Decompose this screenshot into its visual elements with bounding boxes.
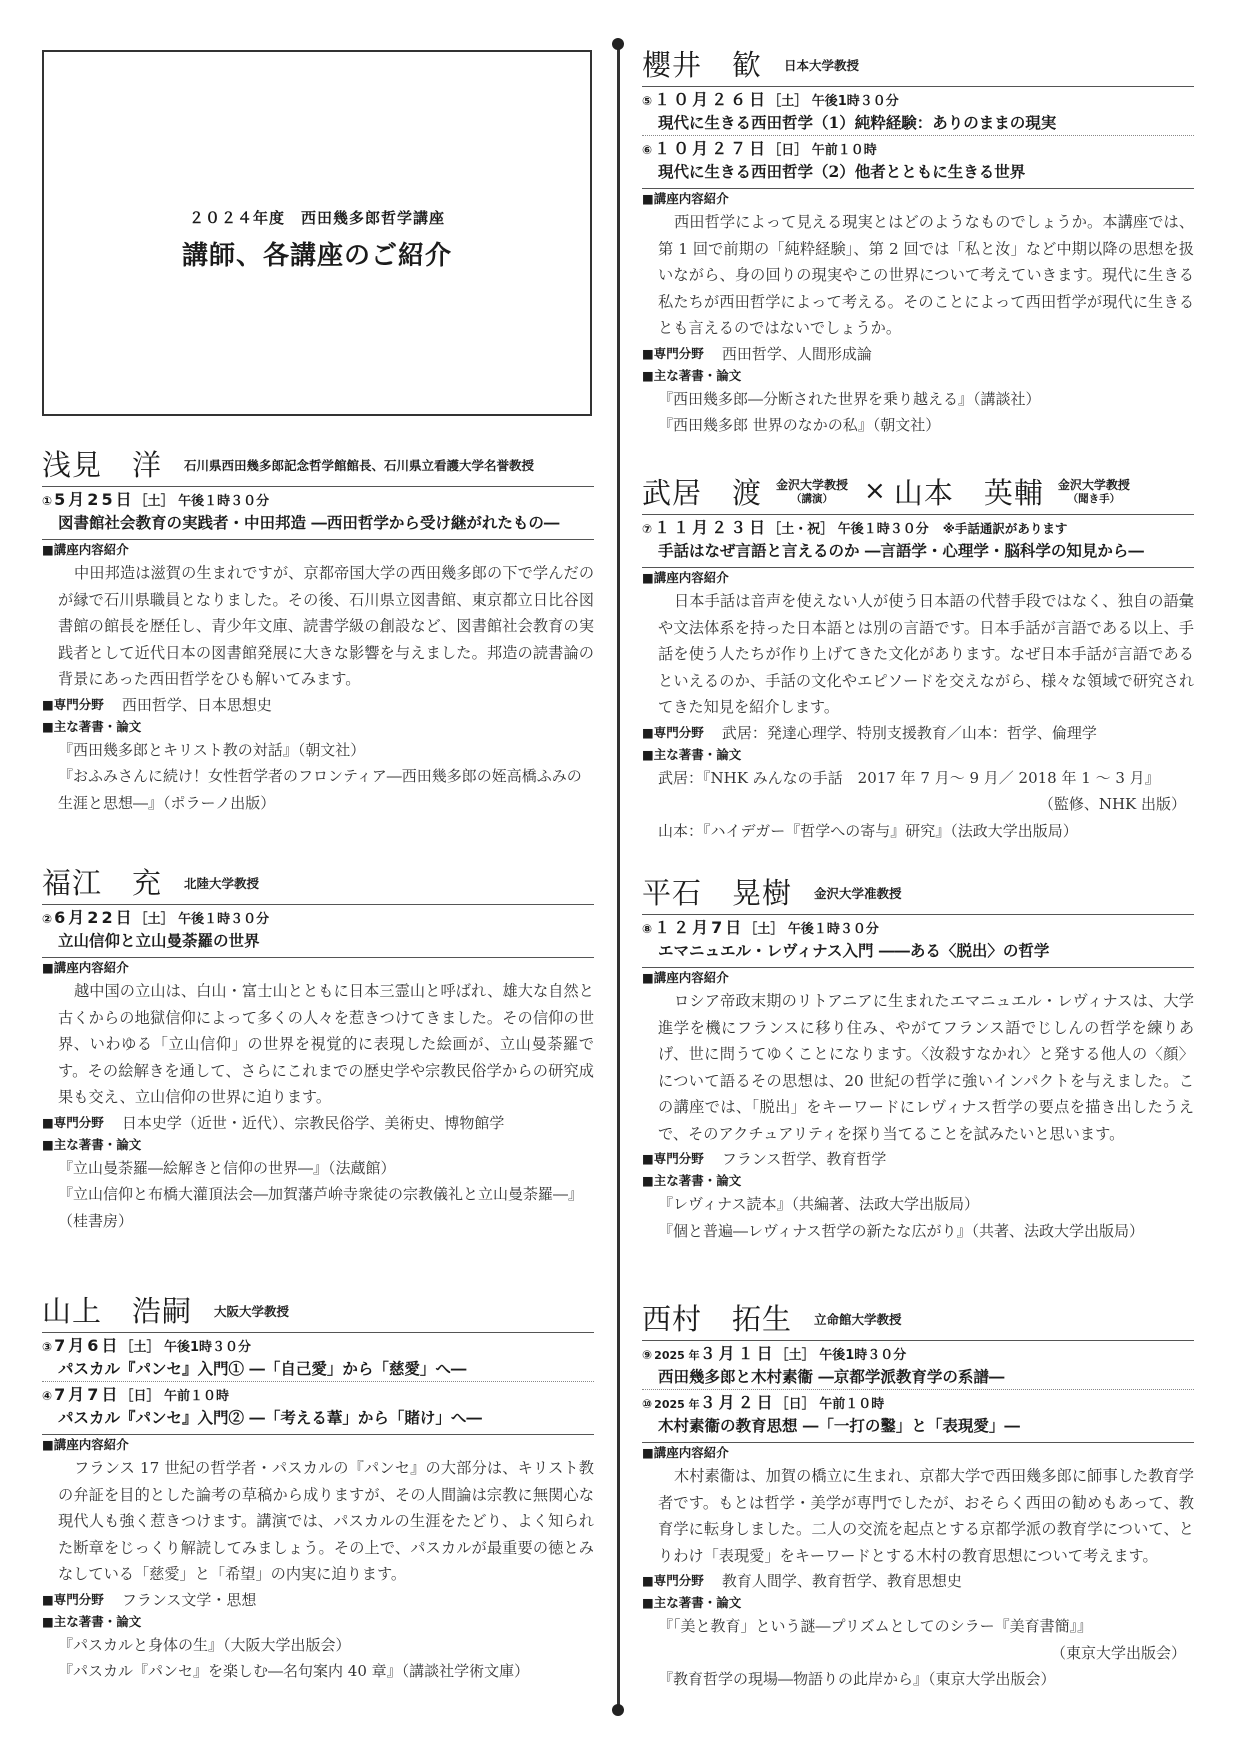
lecturer-takei-yamamoto: 武居渡 金沢大学教授（講演） × 山本英輔 金沢大学教授（聞き手） ⑦１１月２３… — [642, 470, 1194, 844]
field-row: ■専門分野武居：発達心理学、特別支援教育／山本：哲学、倫理学 — [642, 721, 1194, 745]
publications-label: ■主な著書・論文 — [642, 1593, 1194, 1613]
lecturer-affiliation: 日本大学教授 — [784, 56, 859, 74]
session-5: ⑤１０月２６日［土］ 午後1時３０分 現代に生きる西田哲学（1）純粋経験：ありの… — [642, 87, 1194, 135]
content-text: 日本手話は音声を使えない人が使う日本語の代替手段ではなく、独自の語彙や文法体系を… — [642, 588, 1194, 721]
page-subtitle: ２０２４年度 西田幾多郎哲学講座 — [44, 207, 590, 228]
publication-item: 『「美と教育」という謎―プリズムとしてのシラー『美育書簡』』 — [642, 1613, 1194, 1640]
session-10: ⑩2025 年３月２日［日］ 午前１０時 木村素衞の教育思想 ―「一打の鑿」と「… — [642, 1390, 1194, 1438]
field-value: 西田哲学、日本思想史 — [122, 693, 272, 717]
session-title: 立山信仰と立山曼荼羅の世界 — [42, 929, 594, 953]
field-row: ■専門分野フランス哲学、教育哲学 — [642, 1147, 1194, 1171]
column-divider — [617, 42, 620, 1710]
session-title: 現代に生きる西田哲学（1）純粋経験：ありのままの現実 — [642, 111, 1194, 135]
field-value: 教育人間学、教育哲学、教育思想史 — [722, 1569, 962, 1593]
publications-label: ■主な著書・論文 — [642, 745, 1194, 765]
field-row: ■専門分野教育人間学、教育哲学、教育思想史 — [642, 1569, 1194, 1593]
session-date: ②6月22日［土］ 午後１時３０分 — [42, 907, 594, 929]
lecturer-name: 武居渡 — [642, 476, 762, 510]
session-title: 西田幾多郎と木村素衞 ―京都学派教育学の系譜― — [642, 1365, 1194, 1389]
lecturer-name: 西村拓生 — [642, 1302, 792, 1336]
session-date: ⑥１０月２７日［日］ 午前１０時 — [642, 138, 1194, 160]
publication-item: 『立山信仰と布橋大灌頂法会―加賀藩芦峅寺衆徒の宗教儀礼と立山曼荼羅―』（桂書房） — [42, 1181, 594, 1234]
session-3: ③7月6日［土］ 午後1時３０分 パスカル『パンセ』入門① ―「自己愛」から「慈… — [42, 1333, 594, 1381]
session-date: ⑩2025 年３月２日［日］ 午前１０時 — [642, 1392, 1194, 1414]
publication-item: 武居：『NHK みんなの手話 2017 年 7 月～ 9 月／ 2018 年 1… — [642, 765, 1194, 792]
field-value: 日本史学（近世・近代）、宗教民俗学、美術史、博物館学 — [122, 1111, 505, 1135]
content-label: ■講座内容紹介 — [642, 189, 1194, 209]
publication-item: 『レヴィナス読本』（共編著、法政大学出版局） — [642, 1191, 1194, 1218]
publication-item: 『パスカル『パンセ』を楽しむ―名句案内 40 章』（講談社学術文庫） — [42, 1658, 594, 1685]
publication-item: 『西田幾多郎 世界のなかの私』（朝文社） — [642, 412, 1194, 439]
content-label: ■講座内容紹介 — [42, 540, 594, 560]
content-text: 越中国の立山は、白山・富士山とともに日本三霊山と呼ばれ、雄大な自然と古くからの地… — [42, 978, 594, 1111]
content-text: 西田哲学によって見える現実とはどのようなものでしょうか。本講座では、第 1 回で… — [642, 209, 1194, 342]
lecturer-affiliation: 北陸大学教授 — [184, 874, 259, 892]
publication-item-publisher: （東京大学出版会） — [642, 1640, 1194, 1667]
session-date: ③7月6日［土］ 午後1時３０分 — [42, 1335, 594, 1357]
lecturer-affiliation: 金沢大学教授（講演） — [776, 478, 848, 506]
session-9: ⑨2025 年３月１日［土］ 午後1時３０分 西田幾多郎と木村素衞 ―京都学派教… — [642, 1341, 1194, 1389]
content-label: ■講座内容紹介 — [42, 958, 594, 978]
title-box: ２０２４年度 西田幾多郎哲学講座 講師、各講座のご紹介 — [42, 50, 592, 416]
publication-item: 山本：『ハイデガー『哲学への寄与』研究』（法政大学出版局） — [642, 818, 1194, 845]
content-text: フランス 17 世紀の哲学者・パスカルの『パンセ』の大部分は、キリスト教の弁証を… — [42, 1455, 594, 1588]
publication-item: 『おふみさんに続け！女性哲学者のフロンティア―西田幾多郎の姪高橋ふみの生涯と思想… — [42, 763, 594, 816]
field-value: フランス哲学、教育哲学 — [722, 1147, 887, 1171]
lecturer-name: 山上浩嗣 — [42, 1294, 192, 1328]
session-date: ①5月25日［土］ 午後１時３０分 — [42, 489, 594, 511]
content-label: ■講座内容紹介 — [642, 968, 1194, 988]
field-value: 西田哲学、人間形成論 — [722, 342, 872, 366]
page-title: 講師、各講座のご紹介 — [44, 235, 590, 272]
divider-bottom-dot — [612, 1704, 624, 1716]
lecturer-asami: 浅見洋 石川県西田幾多郎記念哲学館館長、石川県立看護大学名誉教授 ①5月25日［… — [42, 442, 594, 816]
content-text: 木村素衞は、加賀の橋立に生まれ、京都大学で西田幾多郎に師事した教育学者です。もと… — [642, 1463, 1194, 1569]
publications-label: ■主な著書・論文 — [42, 1612, 594, 1632]
sign-language-note: ※手話通訳があります — [943, 521, 1068, 536]
session-6: ⑥１０月２７日［日］ 午前１０時 現代に生きる西田哲学（2）他者とともに生きる世… — [642, 136, 1194, 184]
lecturer-affiliation: 石川県西田幾多郎記念哲学館館長、石川県立看護大学名誉教授 — [184, 456, 534, 474]
session-title: 現代に生きる西田哲学（2）他者とともに生きる世界 — [642, 160, 1194, 184]
lecturer-name: 櫻井歓 — [642, 48, 762, 82]
session-7: ⑦１１月２３日［土・祝］ 午後１時３０分※手話通訳があります 手話はなぜ言語と言… — [642, 515, 1194, 563]
publication-item: 『パスカルと身体の生』（大阪大学出版会） — [42, 1632, 594, 1659]
session-2: ②6月22日［土］ 午後１時３０分 立山信仰と立山曼荼羅の世界 — [42, 905, 594, 953]
field-value: 武居：発達心理学、特別支援教育／山本：哲学、倫理学 — [722, 721, 1097, 745]
field-value: フランス文学・思想 — [122, 1588, 257, 1612]
session-date: ⑨2025 年３月１日［土］ 午後1時３０分 — [642, 1343, 1194, 1365]
field-row: ■専門分野フランス文学・思想 — [42, 1588, 594, 1612]
field-row: ■専門分野西田哲学、人間形成論 — [642, 342, 1194, 366]
session-date: ⑤１０月２６日［土］ 午後1時３０分 — [642, 89, 1194, 111]
session-4: ④7月7日［日］ 午前１０時 パスカル『パンセ』入門② ―「考える葦」から「賭け… — [42, 1382, 594, 1430]
lecturer-name: 浅見洋 — [42, 448, 162, 482]
publication-item: 『立山曼荼羅―絵解きと信仰の世界―』（法蔵館） — [42, 1155, 594, 1182]
publication-item: 『西田幾多郎―分断された世界を乗り越える』（講談社） — [642, 386, 1194, 413]
lecturer-sakurai: 櫻井歓 日本大学教授 ⑤１０月２６日［土］ 午後1時３０分 現代に生きる西田哲学… — [642, 42, 1194, 439]
content-label: ■講座内容紹介 — [642, 1443, 1194, 1463]
cross-icon: × — [864, 474, 886, 508]
session-title: パスカル『パンセ』入門① ―「自己愛」から「慈愛」へ― — [42, 1357, 594, 1381]
publications-label: ■主な著書・論文 — [42, 1135, 594, 1155]
session-8: ⑧１２月7日［土］ 午後１時３０分 エマニュエル・レヴィナス入門 ――ある〈脱出… — [642, 915, 1194, 963]
partner-name: 山本英輔 — [894, 476, 1044, 510]
publication-item: 『教育哲学の現場―物語りの此岸から』（東京大学出版会） — [642, 1666, 1194, 1693]
session-title: 図書館社会教育の実践者・中田邦造 ―西田哲学から受け継がれたもの― — [42, 511, 594, 535]
publications-label: ■主な著書・論文 — [642, 366, 1194, 386]
session-date: ⑧１２月7日［土］ 午後１時３０分 — [642, 917, 1194, 939]
lecturer-name: 福江充 — [42, 866, 162, 900]
publication-item: 『西田幾多郎とキリスト教の対話』（朝文社） — [42, 737, 594, 764]
lecturer-fukue: 福江充 北陸大学教授 ②6月22日［土］ 午後１時３０分 立山信仰と立山曼荼羅の… — [42, 860, 594, 1234]
session-date: ④7月7日［日］ 午前１０時 — [42, 1384, 594, 1406]
lecturer-affiliation: 大阪大学教授 — [214, 1302, 289, 1320]
publications-label: ■主な著書・論文 — [42, 717, 594, 737]
session-date: ⑦１１月２３日［土・祝］ 午後１時３０分※手話通訳があります — [642, 517, 1194, 539]
content-label: ■講座内容紹介 — [642, 568, 1194, 588]
publications-label: ■主な著書・論文 — [642, 1171, 1194, 1191]
lecturer-affiliation: 立命館大学教授 — [814, 1310, 902, 1328]
session-title: 手話はなぜ言語と言えるのか ―言語学・心理学・脳科学の知見から― — [642, 539, 1194, 563]
field-row: ■専門分野日本史学（近世・近代）、宗教民俗学、美術史、博物館学 — [42, 1111, 594, 1135]
publication-item: 『個と普遍―レヴィナス哲学の新たな広がり』（共著、法政大学出版局） — [642, 1218, 1194, 1245]
content-text: ロシア帝政末期のリトアニアに生まれたエマニュエル・レヴィナスは、大学進学を機にフ… — [642, 988, 1194, 1147]
session-title: 木村素衞の教育思想 ―「一打の鑿」と「表現愛」― — [642, 1414, 1194, 1438]
content-label: ■講座内容紹介 — [42, 1435, 594, 1455]
publication-item-publisher: （監修、NHK 出版） — [642, 791, 1194, 818]
divider-top-dot — [612, 38, 624, 50]
lecturer-hiraishi: 平石晃樹 金沢大学准教授 ⑧１２月7日［土］ 午後１時３０分 エマニュエル・レヴ… — [642, 870, 1194, 1244]
session-1: ①5月25日［土］ 午後１時３０分 図書館社会教育の実践者・中田邦造 ―西田哲学… — [42, 487, 594, 535]
session-title: パスカル『パンセ』入門② ―「考える葦」から「賭け」へ― — [42, 1406, 594, 1430]
lecturer-name: 平石晃樹 — [642, 876, 792, 910]
lecturer-nishimura: 西村拓生 立命館大学教授 ⑨2025 年３月１日［土］ 午後1時３０分 西田幾多… — [642, 1296, 1194, 1693]
field-row: ■専門分野西田哲学、日本思想史 — [42, 693, 594, 717]
session-title: エマニュエル・レヴィナス入門 ――ある〈脱出〉の哲学 — [642, 939, 1194, 963]
content-text: 中田邦造は滋賀の生まれですが、京都帝国大学の西田幾多郎の下で学んだのが縁で石川県… — [42, 560, 594, 693]
lecturer-yamajo: 山上浩嗣 大阪大学教授 ③7月6日［土］ 午後1時３０分 パスカル『パンセ』入門… — [42, 1288, 594, 1685]
partner-affiliation: 金沢大学教授（聞き手） — [1058, 478, 1130, 506]
lecturer-affiliation: 金沢大学准教授 — [814, 884, 902, 902]
